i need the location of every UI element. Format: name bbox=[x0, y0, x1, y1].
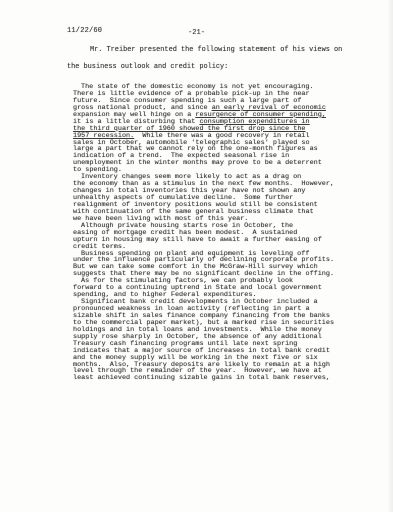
statement-paragraph: Significant bank credit developments in … bbox=[73, 299, 345, 382]
intro-line: the business outlook and credit policy: bbox=[67, 59, 343, 76]
statement-paragraph: Although private housing starts rose in … bbox=[73, 223, 345, 251]
document-page: 11/22/60 -21- Mr. Treiber presented the … bbox=[0, 0, 393, 512]
statement-paragraph: Inventory changes seem more likely to ac… bbox=[73, 174, 345, 223]
statement-line: least achieved continuing sizable gains … bbox=[73, 375, 345, 382]
page-number: -21- bbox=[0, 29, 393, 37]
text-segment: least achieved continuing sizable gains … bbox=[73, 374, 330, 382]
statement-paragraph: The state of the domestic economy is not… bbox=[73, 84, 345, 174]
intro-paragraph: Mr. Treiber presented the following stat… bbox=[67, 42, 343, 76]
statement-block: The state of the domestic economy is not… bbox=[73, 84, 345, 382]
intro-line: Mr. Treiber presented the following stat… bbox=[67, 42, 343, 59]
statement-paragraph: As for the stimulating factors, we can p… bbox=[73, 278, 345, 299]
statement-paragraph: Business spending on plant and equipment… bbox=[73, 251, 345, 279]
